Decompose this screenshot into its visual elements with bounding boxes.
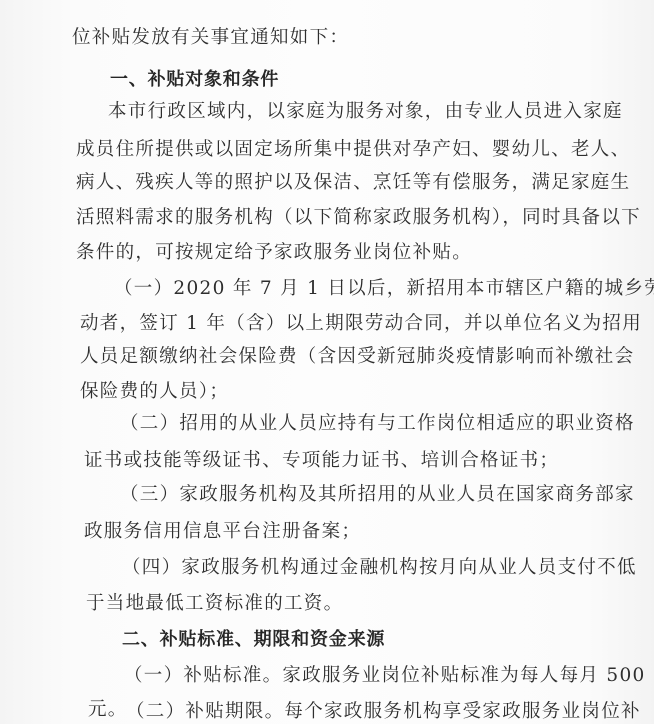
paragraph-line: 成员住所提供或以固定场所集中提供对孕产妇、婴幼儿、老人、	[76, 138, 630, 162]
condition-item-4: （四）家政服务机构通过金融机构按月向从业人员支付不低	[122, 556, 637, 580]
paragraph-line: 政服务信用信息平台注册备案；	[84, 520, 361, 544]
standard-item-1: （一）补贴标准。家政服务业岗位补贴标准为每人每月 500	[124, 664, 646, 688]
condition-item-3: （三）家政服务机构及其所招用的从业人员在国家商务部家	[120, 483, 635, 507]
paragraph-line: 证书或技能等级证书、专项能力证书、培训合格证书；	[84, 449, 559, 473]
condition-item-1: （一）2020 年 7 月 1 日以后，新招用本市辖区户籍的城乡劳	[114, 277, 654, 301]
paragraph-line: 活照料需求的服务机构（以下简称家政服务机构），同时具备以下	[76, 206, 641, 230]
paragraph-line: 条件的，可按规定给予家政服务业岗位补贴。	[76, 241, 472, 265]
condition-item-2: （二）招用的从业人员应持有与工作岗位相适应的职业资格	[120, 412, 635, 436]
paragraph-line: 保险费的人员）；	[80, 380, 229, 404]
standard-item-2: （二）补贴期限。每个家政服务机构享受家政服务业岗位补	[126, 700, 641, 724]
paragraph-line: 元。	[88, 698, 128, 722]
paragraph-line: 于当地最低工资标准的工资。	[86, 592, 343, 616]
text-line-continuation: 位补贴发放有关事宜通知如下：	[72, 26, 349, 50]
paragraph-line: 病人、残疾人等的照护以及保洁、烹饪等有偿服务，满足家庭生	[76, 171, 630, 195]
section-heading-1: 一、补贴对象和条件	[110, 68, 279, 92]
paragraph-line: 动者，签订 1 年（含）以上期限劳动合同，并以单位名义为招用	[80, 312, 642, 336]
document-page: 位补贴发放有关事宜通知如下： 一、补贴对象和条件 本市行政区域内，以家庭为服务对…	[0, 0, 654, 724]
paragraph-line: 人员足额缴纳社会保险费（含因受新冠肺炎疫情影响而补缴社会	[80, 345, 634, 369]
paragraph-line: 本市行政区域内，以家庭为服务对象，由专业人员进入家庭	[108, 100, 623, 124]
section-heading-2: 二、补贴标准、期限和资金来源	[122, 628, 385, 652]
